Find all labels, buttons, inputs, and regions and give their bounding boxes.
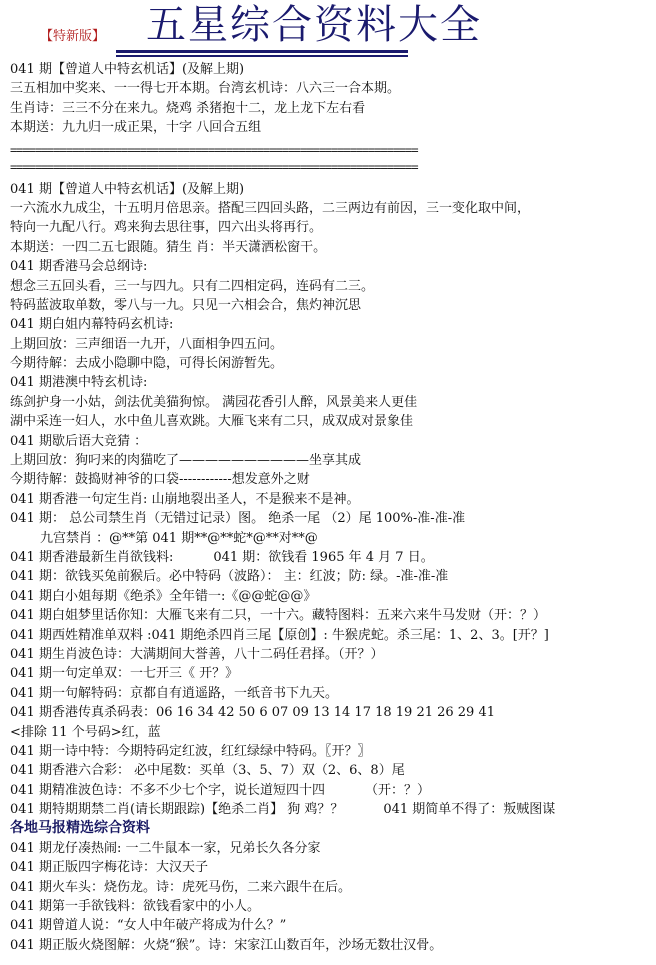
block-baijie-poem: 041 期白姐内幕特码玄机诗: 上期回放：三声细语一九开，八面相争四五问。 今期…: [10, 315, 650, 373]
list-item: 041 期生肖波色诗：大满期间大誉善，八十二码任君择。（开？）: [10, 645, 650, 664]
section-heading: 各地马报精选综合资料: [10, 819, 650, 838]
list-item-value: （开：？）: [365, 783, 430, 798]
title-underline-secondary: [116, 55, 408, 57]
block-zeng-daoren-1: 041 期【曾道人中特玄机话】(及解上期) 三五相加中奖来、一一得七开本期。台湾…: [10, 60, 650, 138]
list-item-label: 041 期特期期禁二肖(请长期跟踪)【绝杀二肖】 狗 鸡？？: [10, 802, 343, 817]
block-heading: 041 期【曾道人中特玄机话】(及解上期): [10, 60, 650, 79]
block-heading: 041 期歇后语大竞猜 ：: [10, 432, 650, 451]
list-item: 041 期正版四字梅花诗：大汉天子: [10, 858, 650, 877]
block-riddle: 041 期歇后语大竞猜 ： 上期回放：狗叼来的肉猫吃了——————————坐享其…: [10, 432, 650, 490]
page-title: 五星综合资料大全: [146, 2, 482, 48]
list-item: 041 期白小姐每期《绝杀》全年错一:《@@蛇@@》: [10, 587, 650, 606]
edition-badge: 【特新版】: [40, 25, 105, 44]
block-heading: 041 期白姐内幕特码玄机诗:: [10, 315, 650, 334]
divider: ========================================…: [10, 142, 650, 159]
list-item-value: 041 期：欲钱看 1965 年 4 月 7 日。: [213, 550, 433, 565]
block-heading: 041 期香港马会总纲诗:: [10, 257, 650, 276]
list-item-label: 041 期香港最新生肖欲钱料:: [10, 550, 173, 565]
text-line: 今期待解：去成小隐聊中隐，可得长闲游暂先。: [10, 354, 650, 373]
list-item: 041 期：欲钱买兔前猴后。必中特码（波路）： 主：红波；防: 绿。-准-准-准: [10, 567, 650, 586]
list-item: 041 期正版火烧图解：火烧“猴”。诗：宋家江山数百年，沙场无数壮汉骨。: [10, 936, 650, 955]
divider: ========================================…: [10, 159, 650, 176]
list-item: 041 期西姓精准单双料 :041 期绝杀四肖三尾【原创】: 牛猴虎蛇。杀三尾：…: [10, 626, 650, 645]
list-item: 041 期一诗中特：今期特码定红波，红红绿绿中特码。〖开？〗: [10, 742, 650, 761]
page-header: 【特新版】 五星综合资料大全: [0, 0, 656, 55]
list-item: 041 期一句定单双：一七开三《 开？》: [10, 664, 650, 683]
list-item: 041 期一句解特码：京都自有逍遥路，一纸音书下九天。: [10, 684, 650, 703]
list-item: 041 期香港一句定生肖: 山崩地裂出圣人，不是猴来不是神。: [10, 490, 650, 509]
text-line: 一六流水九成尘，十五明月倍思亲。搭配三四回头路，二三两边有前因，三一变化取中间，: [10, 199, 650, 218]
list-item-value: 041 期简单不得了：叛贼图谋: [383, 802, 555, 817]
list-item: 九宫禁肖 ：@**第 041 期**@**蛇*@**对**@: [10, 529, 650, 548]
list-item: 041 期火车头：烧伤龙。诗：虎死马伤，二来六跟牛在后。: [10, 878, 650, 897]
list-item: 041 期曾道人说：“女人中年破产将成为什么？”: [10, 916, 650, 935]
section-regional-reports: 各地马报精选综合资料 041 期龙仔凑热闹: 一二牛鼠本一家，兄弟长久各分家 0…: [10, 819, 650, 955]
document-body: 041 期【曾道人中特玄机话】(及解上期) 三五相加中奖来、一一得七开本期。台湾…: [10, 60, 650, 955]
text-line: 生肖诗：三三不分在来九。烧鸡 杀猪抱十二，龙上龙下左右看: [10, 99, 650, 118]
list-item: 041 期香港最新生肖欲钱料:041 期：欲钱看 1965 年 4 月 7 日。: [10, 548, 650, 567]
text-line: 特码蓝波取单数，零八与一九。只见一六相会合，焦灼神沉思: [10, 296, 650, 315]
list-item: 041 期精准波色诗：不多不少七个字，说长道短四十四（开：？）: [10, 781, 650, 800]
block-gangao-poem: 041 期港澳中特玄机诗: 练剑护身一小姑，剑法优美猫狗惊。 满园花香引人醉，风…: [10, 373, 650, 431]
list-item: 041 期香港传真杀码表：06 16 34 42 50 6 07 09 13 1…: [10, 703, 650, 722]
list-item: 041 期特期期禁二肖(请长期跟踪)【绝杀二肖】 狗 鸡？？041 期简单不得了…: [10, 800, 650, 819]
text-line: 想念三五回头看，三一与四九。只有二四相定码，连码有二三。: [10, 277, 650, 296]
block-heading: 041 期【曾道人中特玄机话】(及解上期): [10, 180, 650, 199]
list-item: 041 期香港六合彩： 必中尾数：买单（3、5、7）双（2、6、8）尾: [10, 761, 650, 780]
block-hk-jockey-poem: 041 期香港马会总纲诗: 想念三五回头看，三一与四九。只有二四相定码，连码有二…: [10, 257, 650, 315]
text-line: 本期送：一四二五七跟随。猜生 肖：半天潇洒松窗干。: [10, 238, 650, 257]
text-line: 本期送：九九归一成正果，十字 八回合五组: [10, 118, 650, 137]
list-item: 041 期白姐梦里话你知：大雁飞来有二只，一十六。藏特图料：五来六来牛马发财（开…: [10, 606, 650, 625]
text-line: 三五相加中奖来、一一得七开本期。台湾玄机诗：八六三一合本期。: [10, 79, 650, 98]
text-line: 上期回放：三声细语一九开，八面相争四五问。: [10, 335, 650, 354]
list-item: 041 期龙仔凑热闹: 一二牛鼠本一家，兄弟长久各分家: [10, 839, 650, 858]
text-line: 特向一九配八行。鸡来狗去思往事，四六出头将再行。: [10, 218, 650, 237]
text-line: 今期待解：鼓捣财神爷的口袋------------想发意外之财: [10, 470, 650, 489]
tips-list: 041 期香港一句定生肖: 山崩地裂出圣人，不是猴来不是神。 041 期： 总公…: [10, 490, 650, 820]
text-line: 湖中采连一妇人，水中鱼儿喜欢跳。大雁飞来有二只，成双成对景象佳: [10, 412, 650, 431]
list-item: 041 期第一手欲钱料：欲钱看家中的小人。: [10, 897, 650, 916]
block-heading: 041 期港澳中特玄机诗:: [10, 373, 650, 392]
list-item-label: 041 期精准波色诗：不多不少七个字，说长道短四十四: [10, 783, 325, 798]
list-item: 041 期： 总公司禁生肖（无错过记录）图。 绝杀一尾 （2）尾 100%-准-…: [10, 509, 650, 528]
title-underline: [116, 50, 408, 53]
list-item: <排除 11 个号码>红，蓝: [10, 723, 650, 742]
block-zeng-daoren-2: 041 期【曾道人中特玄机话】(及解上期) 一六流水九成尘，十五明月倍思亲。搭配…: [10, 180, 650, 258]
text-line: 练剑护身一小姑，剑法优美猫狗惊。 满园花香引人醉，风景美来人更佳: [10, 393, 650, 412]
text-line: 上期回放：狗叼来的肉猫吃了——————————坐享其成: [10, 451, 650, 470]
